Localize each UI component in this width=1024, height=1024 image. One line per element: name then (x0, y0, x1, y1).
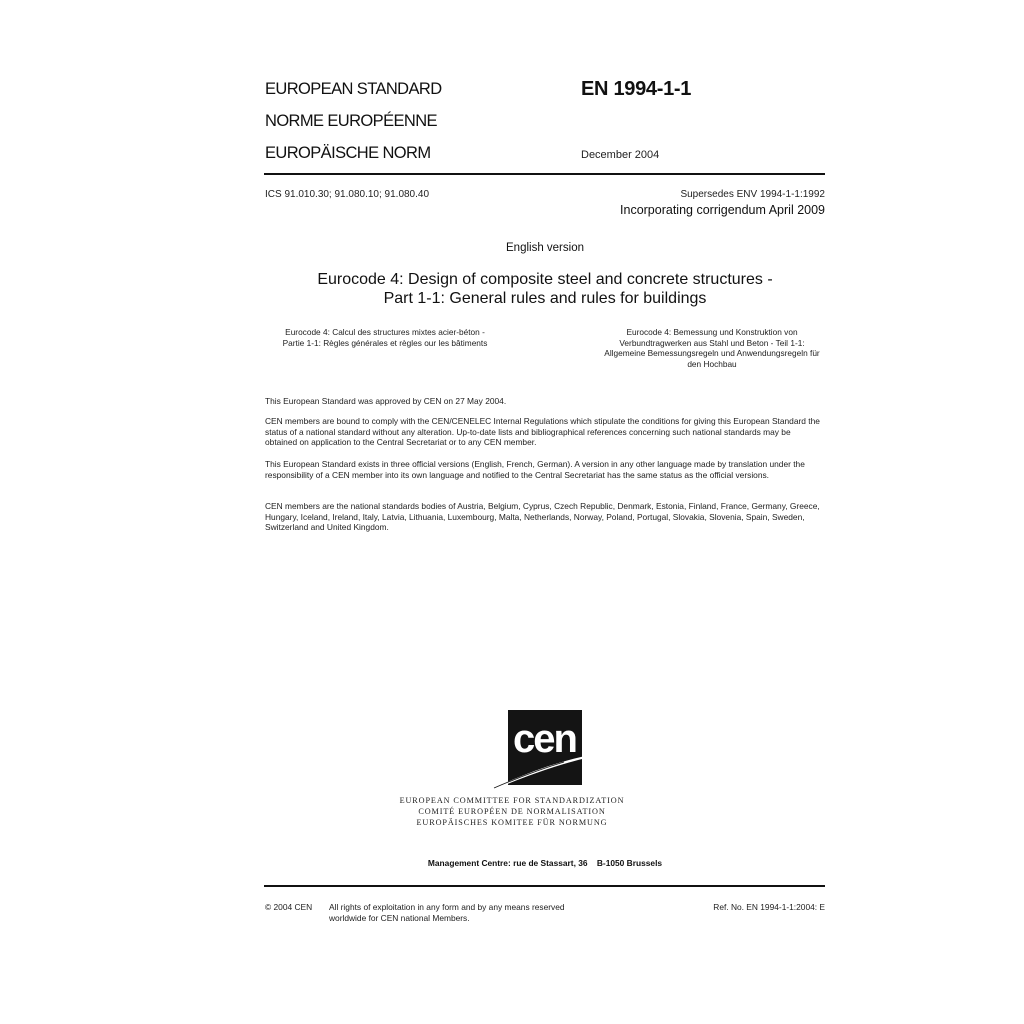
german-title-line: den Hochbau (578, 359, 846, 370)
publication-date: December 2004 (581, 149, 659, 161)
versions-paragraph: This European Standard exists in three o… (265, 459, 825, 480)
german-title: Eurocode 4: Bemessung und Konstruktion v… (578, 327, 846, 369)
cen-org-names: EUROPEAN COMMITTEE FOR STANDARDIZATION C… (0, 795, 1024, 828)
german-title-line: Allgemeine Bemessungsregeln und Anwendun… (578, 348, 846, 359)
paragraph-text: CEN members are bound to comply with the… (265, 416, 825, 448)
corrigendum-note: Incorporating corrigendum April 2009 (620, 203, 825, 217)
members-paragraph: CEN members are the national standards b… (265, 501, 825, 533)
rights-line: worldwide for CEN national Members. (329, 913, 565, 924)
standard-name-german: EUROPÄISCHE NORM (265, 144, 431, 163)
document-number: EN 1994-1-1 (581, 78, 691, 101)
cen-logo: cen (508, 710, 582, 785)
org-name-german: EUROPÄISCHES KOMITEE FÜR NORMUNG (0, 817, 1024, 828)
french-title: Eurocode 4: Calcul des structures mixtes… (262, 327, 508, 348)
document-title: Eurocode 4: Design of composite steel an… (0, 270, 1024, 308)
compliance-paragraph: CEN members are bound to comply with the… (265, 416, 825, 448)
paragraph-text: This European Standard was approved by C… (265, 396, 825, 407)
rights-statement: All rights of exploitation in any form a… (329, 902, 565, 923)
language-version: English version (0, 242, 1024, 254)
paragraph-text: This European Standard exists in three o… (265, 459, 825, 480)
standard-name-english: EUROPEAN STANDARD (265, 80, 442, 99)
org-name-french: COMITÉ EUROPÉEN DE NORMALISATION (0, 806, 1024, 817)
reference-number: Ref. No. EN 1994-1-1:2004: E (713, 902, 825, 913)
standard-name-french: NORME EUROPÉENNE (265, 112, 437, 131)
management-centre-address: Management Centre: rue de Stassart, 36 B… (0, 858, 1024, 868)
german-title-line: Verbundtragwerken aus Stahl und Beton - … (578, 338, 846, 349)
german-title-line: Eurocode 4: Bemessung und Konstruktion v… (578, 327, 846, 338)
header-divider (264, 173, 825, 175)
title-line-2: Part 1-1: General rules and rules for bu… (0, 289, 1024, 308)
approval-paragraph: This European Standard was approved by C… (265, 396, 825, 407)
ics-codes: ICS 91.010.30; 91.080.10; 91.080.40 (265, 189, 429, 200)
cen-logo-text: cen (513, 717, 576, 761)
supersedes-note: Supersedes ENV 1994-1-1:1992 (680, 189, 825, 200)
cen-logo-icon: cen (494, 710, 594, 790)
footer-divider (264, 885, 825, 887)
title-line-1: Eurocode 4: Design of composite steel an… (0, 270, 1024, 289)
french-title-line: Eurocode 4: Calcul des structures mixtes… (262, 327, 508, 338)
copyright: © 2004 CEN (265, 902, 312, 913)
org-name-english: EUROPEAN COMMITTEE FOR STANDARDIZATION (0, 795, 1024, 806)
french-title-line: Partie 1-1: Règles générales et règles o… (262, 338, 508, 349)
rights-line: All rights of exploitation in any form a… (329, 902, 565, 913)
paragraph-text: CEN members are the national standards b… (265, 501, 825, 533)
